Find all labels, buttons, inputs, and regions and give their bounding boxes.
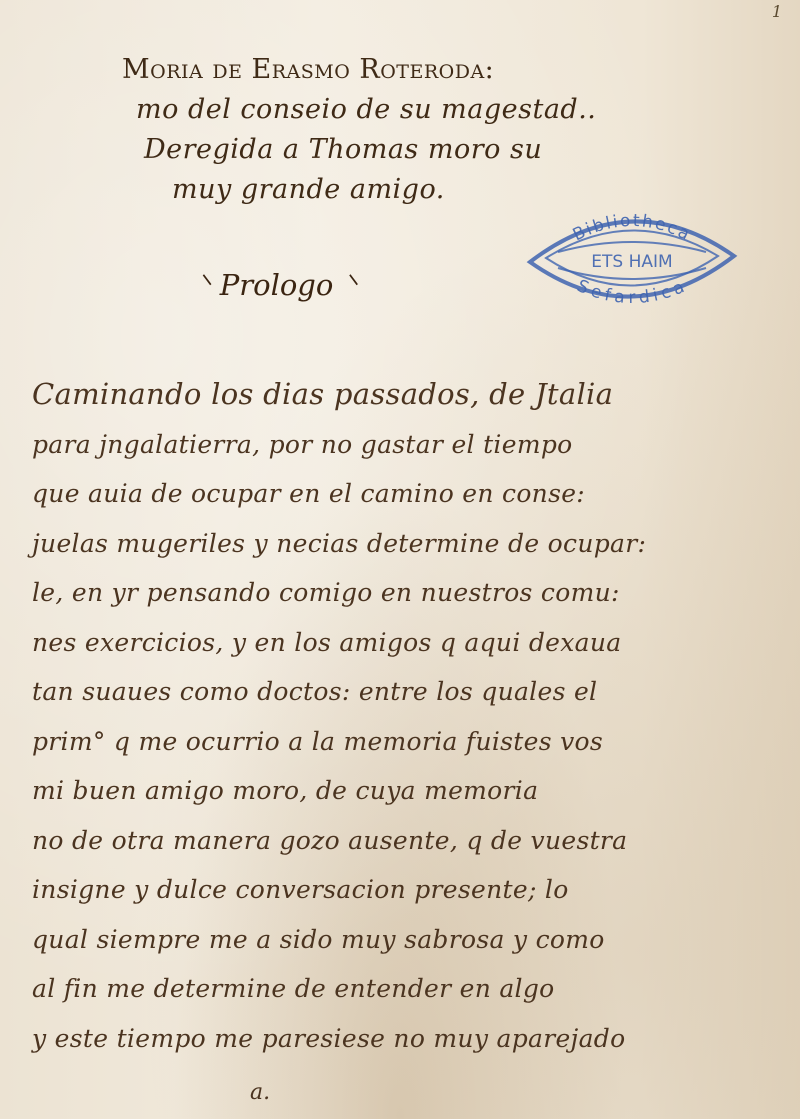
body-line: qual siempre me a sido muy sabrosa y com… xyxy=(32,915,772,965)
title-line: mo del conseio de su magestad.. xyxy=(136,90,642,130)
body-line: le, en yr pensando comigo en nuestros co… xyxy=(32,568,772,618)
body-line: mi buen amigo moro, de cuya memoria xyxy=(32,766,772,816)
svg-text:Sefardica: Sefardica xyxy=(574,276,690,308)
body-line: juelas mugeriles y necias determine de o… xyxy=(32,519,772,569)
body-line: Caminando los dias passados, de Jtalia xyxy=(32,370,772,420)
body-line: prim° q me ocurrio a la memoria fuistes … xyxy=(32,717,772,767)
body-line: nes exercicios, y en los amigos q aqui d… xyxy=(32,618,772,668)
body-text: Caminando los dias passados, de Jtalia p… xyxy=(32,370,772,1063)
body-line: insigne y dulce conversacion presente; l… xyxy=(32,865,772,915)
stamp-bottom-text: Sefardica xyxy=(574,276,690,308)
stamp-top-text: Bibliotheca xyxy=(570,211,695,246)
stamp-center-text: ETS HAIM xyxy=(591,252,672,272)
manuscript-page: 1 Moria de Erasmo Roteroda: mo del conse… xyxy=(0,0,800,1119)
folio-number: 1 xyxy=(772,2,782,21)
prologue-heading: ⸌ Prologo ⸌ xyxy=(196,265,357,304)
body-line: para jngalatierra, por no gastar el tiem… xyxy=(32,420,772,470)
paragraph-mark-right: ⸌ xyxy=(343,268,358,302)
body-line: al fin me determine de entender en algo xyxy=(32,964,772,1014)
stamp-icon: Bibliotheca ETS HAIM Sefardica xyxy=(526,206,738,310)
title-block: Moria de Erasmo Roteroda: mo del conseio… xyxy=(122,50,642,210)
title-line: muy grande amigo. xyxy=(172,170,642,210)
title-line: Deregida a Thomas moro su xyxy=(144,130,642,170)
paragraph-mark-left: ⸌ xyxy=(196,268,211,302)
title-line: Moria de Erasmo Roteroda: xyxy=(122,50,642,90)
svg-text:Bibliotheca: Bibliotheca xyxy=(570,211,695,246)
body-line: y este tiempo me paresiese no muy aparej… xyxy=(32,1014,772,1064)
body-line: tan suaues como doctos: entre los quales… xyxy=(32,667,772,717)
heading-text: Prologo xyxy=(220,268,334,302)
body-line: no de otra manera gozo ausente, q de vue… xyxy=(32,816,772,866)
library-stamp: Bibliotheca ETS HAIM Sefardica xyxy=(526,206,738,310)
body-line: que auia de ocupar en el camino en conse… xyxy=(32,469,772,519)
catchword: a. xyxy=(250,1080,270,1105)
